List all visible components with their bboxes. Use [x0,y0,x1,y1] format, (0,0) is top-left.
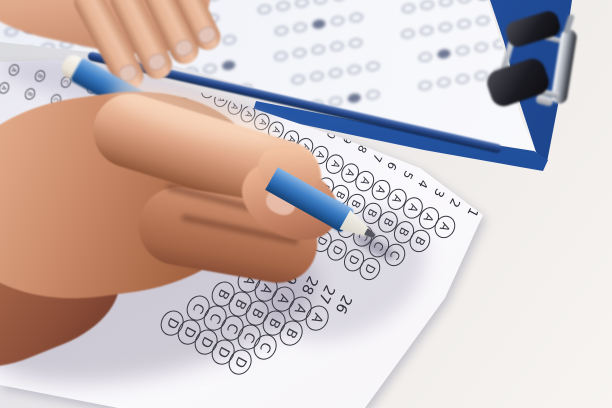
question-number: 2 [447,196,464,210]
question-number: 15 [254,84,268,99]
question-number: 7 [369,151,384,163]
question-number: 5 [400,169,416,182]
photo-scene: 1ABCD2ABCD3ABCD4ABCD5ABCD6ABCD7ABCD8ABCD… [0,0,612,408]
question-number: 6 [384,160,400,173]
question-number: 12 [295,107,311,123]
question-number: 13 [281,99,296,115]
question-number: 11 [310,115,326,131]
question-number: 8 [354,143,369,155]
question-number: 1 [463,205,480,219]
answer-bubble-distant: A [0,80,11,95]
question-number: 3 [431,187,447,200]
question-number: 17 [228,69,242,83]
answer-bubble-distant: B [23,86,37,101]
question-number: 4 [415,178,431,191]
question-number: 16 [241,77,255,91]
question-number: 10 [324,123,341,140]
question-number: 9 [339,134,354,146]
question-number: 14 [267,92,282,108]
